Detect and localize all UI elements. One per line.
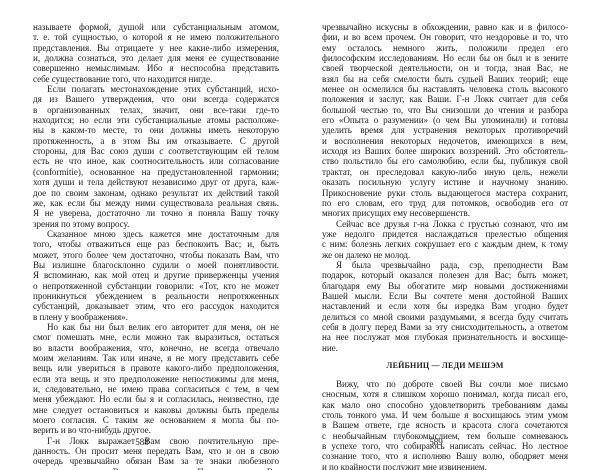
text-line: представления. Вы отрицаете у нее какие-… — [33, 43, 279, 53]
letter-continuation: чрезвычайно искусны в обхождении, равно … — [322, 22, 568, 353]
right-page: чрезвычайно искусны в обхождении, равно … — [322, 22, 568, 470]
text-line: т. е. той сущностью, о которой я не имею… — [33, 32, 279, 42]
text-line: моим желаниям. Так или иначе, я не могу … — [33, 353, 279, 363]
text-line: ние. — [322, 343, 568, 353]
text-line: называете формой, душой или субстанциаль… — [33, 22, 279, 32]
text-line: же, как если бы между ними существовала … — [33, 198, 279, 208]
text-line: и, следовательно, не имею права согласит… — [33, 384, 279, 394]
text-line: уделить время для устранения некоторых п… — [322, 125, 568, 135]
text-line: моего согласия. С таким же основанием я … — [33, 415, 279, 425]
text-line: подарок, который оказался полезен для Ва… — [322, 270, 568, 280]
text-line: Прикосновение руки столь выдающегося мас… — [322, 188, 568, 198]
text-line: и по крайности послужит мне извинением. — [322, 462, 568, 470]
text-line: ство польстило бы его самолюбию, если бы… — [322, 156, 568, 166]
text-line: положения и заслуг, как Ваши. Г-н Локк с… — [322, 94, 568, 104]
text-line: протяженность, а в этом Вы им отказывает… — [33, 136, 279, 146]
text-line: своей творческой деятельности, он и тогд… — [322, 63, 568, 73]
text-line: вещь или увериться в правоте какого-либо… — [33, 363, 279, 373]
text-line: Вашей мысли. Если Вы сочтете меня достой… — [322, 291, 568, 301]
text-line: менее он осмелился бы наставлять человек… — [322, 84, 568, 94]
text-line: есть не что иное, как соотносительность … — [33, 156, 279, 166]
text-line: уже недолго придется наслаждаться прелес… — [322, 229, 568, 239]
text-line: (conformitie), основанное на предустанов… — [33, 167, 279, 177]
text-line: может, этого более чем достаточно, чтобы… — [33, 250, 279, 260]
text-line: философским исследованиям. Но если бы он… — [322, 53, 568, 63]
text-line: совершенно немыслимым. Ибо я неспособна … — [33, 63, 279, 73]
text-line: ему осталось немного жить, положили пред… — [322, 43, 568, 53]
text-line: хотя души и тела действуют независимо др… — [33, 177, 279, 187]
text-line: фии, и во всем прочем. Он говорит, что н… — [322, 32, 568, 42]
text-line: с ним: болезнь легких сокрушает его с ка… — [322, 239, 568, 249]
text-line: мне следует остановиться и каковы должны… — [33, 405, 279, 415]
section-heading: ЛЕЙБНИЦ — ЛЕДИ МЕШЭМ — [322, 353, 568, 379]
text-line: большой честью то, что Вы снизошли до чт… — [322, 105, 568, 115]
text-line: того, чтобы отважиться еще раз беспокоит… — [33, 239, 279, 249]
right-page-number: 589 — [416, 437, 456, 447]
text-line: во власти воображения, что, конечно, не … — [33, 343, 279, 353]
text-line: меня убеждают. Но если бы я и согласилас… — [33, 394, 279, 404]
text-line: Вы излишне благосклонно судили о моей по… — [33, 260, 279, 270]
text-line: о непротяженной субстанции говорили: «То… — [33, 281, 279, 291]
text-line: взял бы на себя смелости быть судьей Ваш… — [322, 74, 568, 84]
text-line: трактат, он преследовал какую-либо иную … — [322, 167, 568, 177]
text-line: и, должна сознаться, это делает для меня… — [33, 53, 279, 63]
text-line: Вижу, что по доброте своей Вы сочли мое … — [322, 379, 568, 389]
text-line: его «Опыта о разумении» (о чем Вы упомин… — [322, 115, 568, 125]
text-line: делиться со мной своими раздумьями, я вс… — [322, 312, 568, 322]
text-line: проникнуться убеждением в реальности неп… — [33, 291, 279, 301]
text-line: сносным, хотя я слишком хорошо понимал, … — [322, 389, 568, 399]
text-line: в плену у воображения». — [33, 312, 279, 322]
text-line: Сказанное мною здесь кажется мне достато… — [33, 229, 279, 239]
text-line: и восполнения некоторых недочетов, имеющ… — [322, 136, 568, 146]
text-line: зрения по этому вопросу. — [33, 219, 279, 229]
text-line: верить и во что-нибудь другое. — [33, 425, 279, 435]
text-line: дя из Вашего утверждения, что они всегда… — [33, 94, 279, 104]
text-line: сознание того, что я исполняю Вашу волю,… — [322, 451, 568, 461]
text-line: если эта вещь и это предположение непост… — [33, 374, 279, 384]
text-line: исходя из Ваших более широких воззрений.… — [322, 146, 568, 156]
text-line: Если полагать местонахождение этих субст… — [33, 84, 279, 94]
text-line: же он далеко не молод. — [322, 250, 568, 260]
text-line: Но как бы ни был велик его авторитет для… — [33, 322, 279, 332]
text-line: стороны, для Вас союз души с соответству… — [33, 146, 279, 156]
text-line: находится; но если эти субстанциальные а… — [33, 115, 279, 125]
text-line: дое по своим законам, однако результат и… — [33, 188, 279, 198]
text-line: оказать посильную услугу истине и научно… — [322, 177, 568, 187]
text-line: в организованных телах, значит, они все-… — [33, 105, 279, 115]
text-line: субстанций, доказывает этим, что его рас… — [33, 301, 279, 311]
text-line: как мало оно способно удовлетворить треб… — [322, 400, 568, 410]
text-line: ны в каком-то месте, то они должны иметь… — [33, 125, 279, 135]
text-line: наставлений и если хотя бы изредка Вам у… — [322, 301, 568, 311]
next-letter-body: Вижу, что по доброте своей Вы сочли мое … — [322, 379, 568, 470]
left-page: называете формой, душой или субстанциаль… — [33, 22, 279, 470]
text-line: Я вспоминаю, как мой отец и другие приве… — [33, 270, 279, 280]
text-line: в Вашем ответе, где ясность и красота сл… — [322, 420, 568, 430]
text-line: на нее послужат моя глубокая признательн… — [322, 332, 568, 342]
text-line: Сейчас все друзья г-на Локка с грустью с… — [322, 219, 568, 229]
text-line: Я не уверена, достаточно ли точно я поня… — [33, 208, 279, 218]
text-line: благодаря ему Вы обогатите мир новыми до… — [322, 281, 568, 291]
text-line: себе существование того, что находится н… — [33, 74, 279, 84]
text-line: по его словам, его труд для потомков, ос… — [322, 198, 568, 208]
text-line: данность. Он просит меня передать Вам, ч… — [33, 446, 279, 456]
text-line: себя в долгу перед Вами за эту снисходит… — [322, 322, 568, 332]
text-line: многих присущих ему несовершенств. — [322, 208, 568, 218]
text-line: смог помешать мне, если можно так вырази… — [33, 332, 279, 342]
left-page-number: 588 — [122, 437, 162, 447]
text-line: столь тонкого ума. И чем больше я восхищ… — [322, 410, 568, 420]
text-line: очередь чрезвычайно обязан Вам за те зна… — [33, 456, 279, 466]
text-line: Я была чрезвычайно рада, сэр, преподнест… — [322, 260, 568, 270]
text-line: чрезвычайно искусны в обхождении, равно … — [322, 22, 568, 32]
